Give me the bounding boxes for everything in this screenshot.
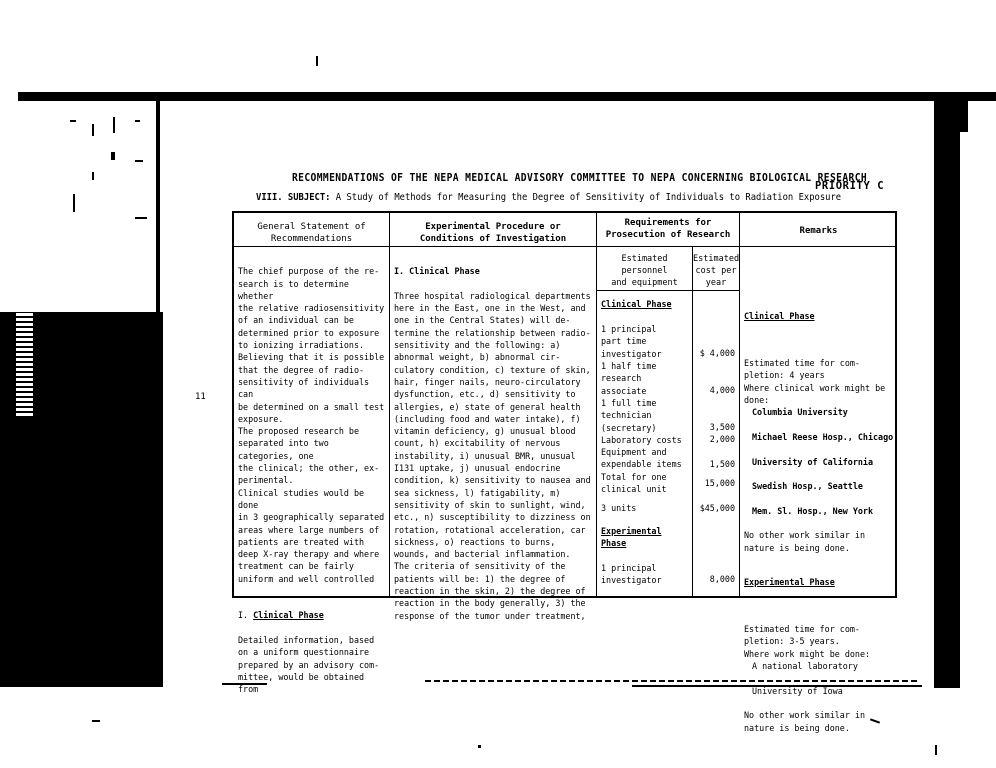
column-experimental-procedure: Experimental Procedure or Conditions of … [390, 213, 597, 596]
site: University of California [744, 456, 894, 468]
personnel-item: 1 half time research associate [601, 360, 690, 397]
priority-label: PRIORITY C [815, 180, 884, 192]
scan-border-gap [0, 92, 18, 101]
personnel-item: 1 full time technician (secretary) [601, 397, 690, 434]
personnel-item: Laboratory costs [601, 434, 690, 446]
procedure-clinical-heading: I. Clinical Phase [394, 265, 593, 277]
recommendations-table: General Statement of Recommendations The… [232, 211, 897, 598]
subject-line: VIII. SUBJECT: A Study of Methods for Me… [256, 192, 841, 203]
column-cost: Estimated cost per year $ 4,000 4,000 3,… [693, 213, 740, 596]
cost-value: 3,500 [710, 421, 735, 433]
scan-speck [478, 745, 481, 748]
site: Columbia University [744, 406, 894, 418]
cost-value: 1,500 [710, 458, 735, 470]
scan-page-edge-left [156, 101, 160, 316]
scan-margin-marks [65, 112, 155, 222]
personnel-item: Total for one clinical unit [601, 471, 690, 496]
header-personnel: Estimated personnel and equipment [597, 247, 692, 291]
header-requirements: Requirements for Prosecution of Research [597, 213, 740, 247]
scan-speck [92, 720, 100, 722]
scan-speck [316, 56, 318, 66]
scan-dark-region-right-top [960, 92, 968, 132]
header-cost: Estimated cost per year [693, 247, 739, 291]
cost-value: 4,000 [710, 384, 735, 396]
scan-border-top [0, 92, 996, 101]
cost-value: $45,000 [700, 502, 735, 514]
personnel-item: Equipment and expendable items [601, 446, 690, 471]
column-general-statement: General Statement of Recommendations The… [234, 213, 390, 596]
requirements-clinical-heading: Clinical Phase [601, 298, 690, 310]
header-remarks: Remarks [740, 213, 897, 247]
cost-value: 2,000 [710, 433, 735, 445]
scan-noise-strip [15, 312, 34, 419]
site: Mem. Sl. Hosp., New York [744, 505, 894, 517]
cost-value: 15,000 [705, 477, 735, 489]
clinical-phase-text: Detailed information, based on a uniform… [238, 635, 379, 694]
header-experimental-procedure: Experimental Procedure or Conditions of … [390, 213, 596, 247]
subject-text: A Study of Methods for Measuring the Deg… [336, 192, 841, 203]
site: A national laboratory [744, 660, 894, 672]
scan-dark-region-right [934, 92, 960, 688]
personnel-item: 1 principal investigator [601, 562, 690, 587]
remarks-clinical-heading: Clinical Phase [744, 310, 894, 322]
personnel-item: 1 principal part time investigator [601, 323, 690, 360]
cost-value: $ 4,000 [700, 347, 735, 359]
site: Michael Reese Hosp., Chicago [744, 431, 894, 443]
clinical-phase-heading: I. Clinical Phase [238, 609, 386, 621]
site: Swedish Hosp., Seattle [744, 480, 894, 492]
column-personnel: Estimated personnel and equipment Clinic… [597, 213, 693, 596]
personnel-item: 3 units [601, 502, 690, 514]
column-remarks: Remarks Clinical Phase Estimated time fo… [740, 213, 897, 596]
side-page-mark: 11 [195, 392, 206, 402]
header-general-statement: General Statement of Recommendations [234, 213, 389, 247]
requirements-experimental-heading: Experimental Phase [601, 525, 690, 550]
experimental-procedure-text: I. Clinical Phase Three hospital radiolo… [394, 253, 593, 622]
remarks-text: Clinical Phase Estimated time for com- p… [744, 298, 894, 734]
subject-label: VIII. SUBJECT: [256, 192, 330, 203]
remarks-experimental-heading: Experimental Phase [744, 576, 894, 588]
cost-value: 8,000 [710, 573, 735, 585]
scan-speck [935, 745, 937, 755]
general-statement-text: The chief purpose of the re- search is t… [238, 253, 386, 695]
document-title: RECOMMENDATIONS OF THE NEPA MEDICAL ADVI… [292, 172, 862, 184]
site: University of Iowa [744, 685, 894, 697]
